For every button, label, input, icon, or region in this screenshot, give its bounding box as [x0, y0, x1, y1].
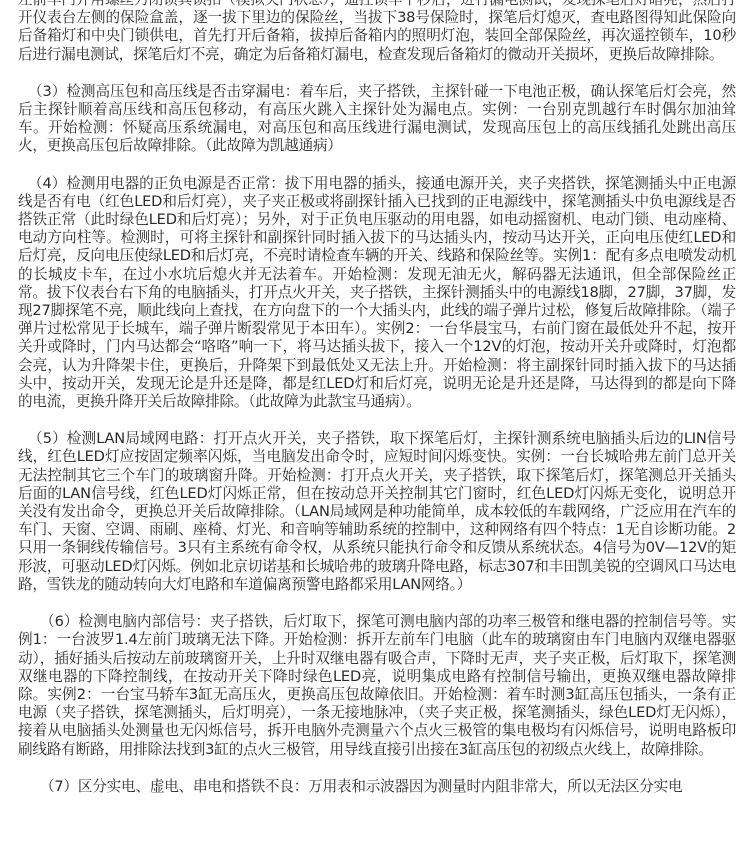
- paragraph-gap: [18, 411, 736, 430]
- paragraph-5-lan-circuit-check: （5）检测LAN局域网电路：打开点火开关，夹子搭铁，取下探笔后灯，主探针测系统电…: [18, 430, 736, 594]
- paragraph-7-distinguish-voltage: （7）区分实电、虚电、串电和搭铁不良：万用表和示波器因为测量时内阻非常大，所以无…: [18, 778, 736, 796]
- paragraph-gap: [18, 759, 736, 778]
- paragraph-gap: [18, 594, 736, 613]
- paragraph-4-power-supply-check: （4）检测用电器的正负电源是否正常：拔下用电器的插头，接通电源开关，夹子夹搭铁，…: [18, 175, 736, 412]
- paragraph-fuse-leak-example-tail: 左前车门并用螺丝刀闭锁其锁扣（模拟关门状态），遥控锁车十秒后，进行漏电测试，发现…: [18, 0, 736, 64]
- paragraph-gap: [18, 64, 736, 83]
- document-body: 左前车门并用螺丝刀闭锁其锁扣（模拟关门状态），遥控锁车十秒后，进行漏电测试，发现…: [18, 0, 736, 796]
- paragraph-6-ecu-internal-signal: （6）检测电脑内部信号：夹子搭铁，后灯取下，探笔可测电脑内部的功率三极管和继电器…: [18, 613, 736, 759]
- paragraph-3-ignition-coil-leak: （3）检测高压包和高压线是否击穿漏电：着车后，夹子搭铁，主探针碰一下电池正极，确…: [18, 83, 736, 156]
- paragraph-gap: [18, 156, 736, 175]
